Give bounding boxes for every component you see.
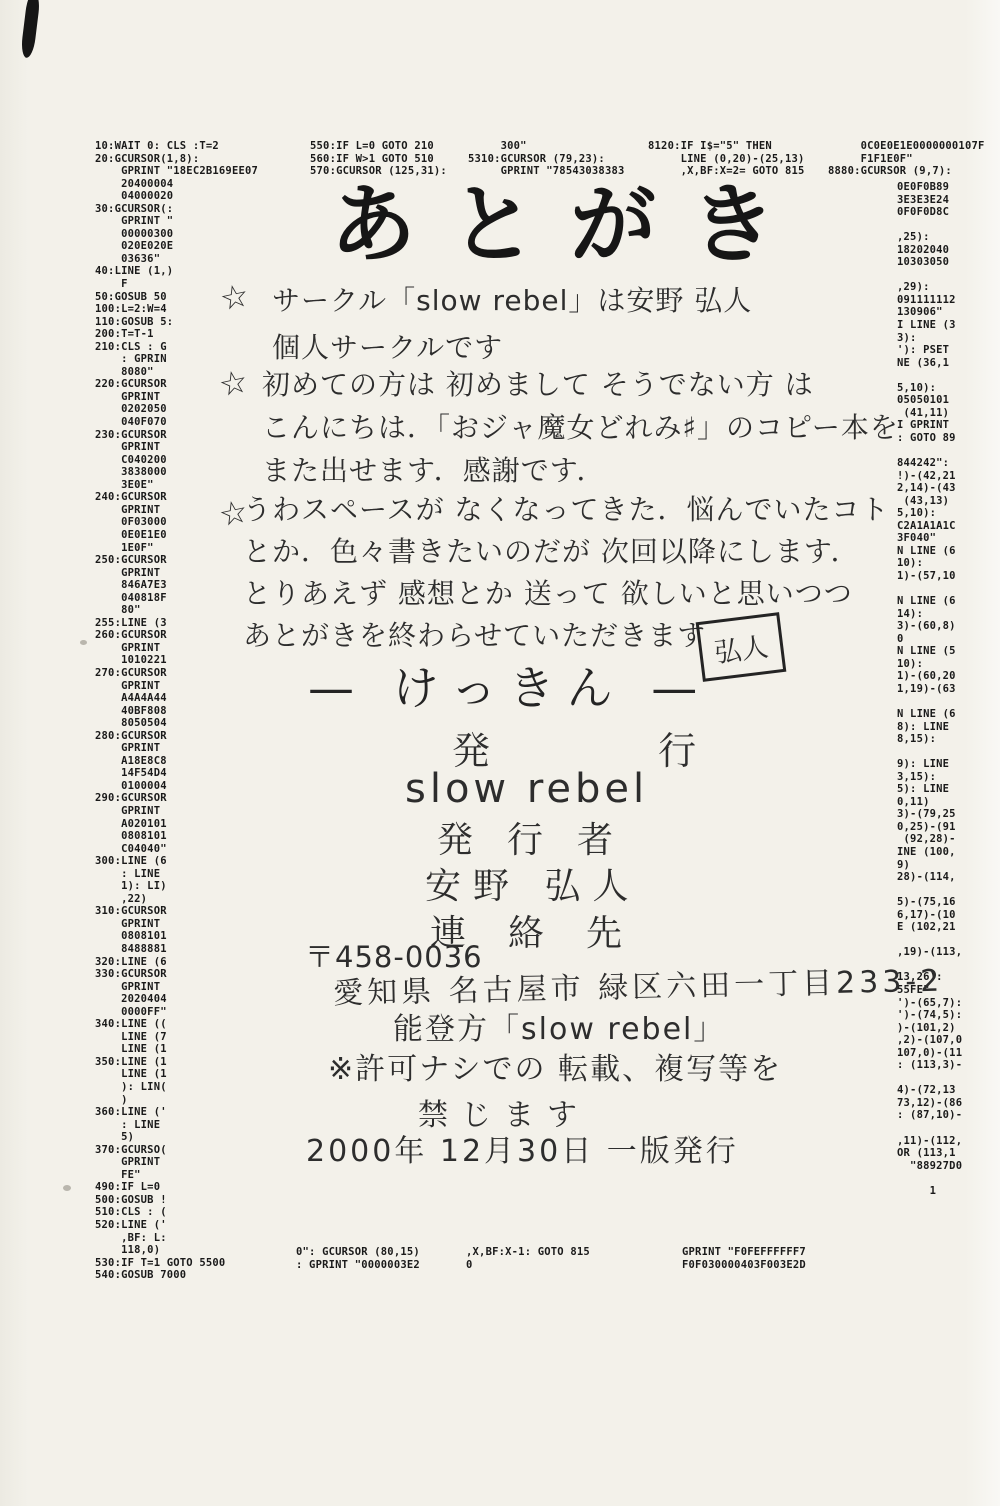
issuer-label: 発行者 xyxy=(437,812,647,863)
code-column3-bottom: ,X,BF:X-1: GOTO 815 0 xyxy=(466,1246,590,1271)
code-column-right-top: 0C0E0E1E0000000107F F1F1E0F" 8880:GCURSO… xyxy=(828,140,985,178)
signature-stamp: 弘人 xyxy=(696,612,787,682)
paragraph-greeting: 初めての方は 初めまして そうでない方 は こんにちは．「おジャ魔女どれみ♯」の… xyxy=(262,363,899,492)
scan-speck xyxy=(63,1185,71,1191)
code-column-right-fragments: 0E0F0B89 3E3E3E24 0F0F0D8C ,25): 1820204… xyxy=(897,181,962,1197)
scanned-afterword-page: 10:WAIT 0: CLS :T=2 20:GCURSOR(1,8): GPR… xyxy=(0,0,1000,1506)
code-column4-bottom: GPRINT "F0FEFFFFFF7 F0F030000403F003E2D xyxy=(682,1246,806,1271)
page-title: あとがき xyxy=(330,178,810,273)
paragraph-closing: うわスペースが なくなってきた．悩んでいたコト とか．色々書きたいのだが 次回以… xyxy=(243,489,890,657)
address-line2: 能登方「slow rebel」 xyxy=(393,1004,725,1048)
code-column3-top: 300" 5310:GCURSOR (79,23): GPRINT "78543… xyxy=(468,140,625,178)
publication-date: 2000年 12月30日 一版発行 xyxy=(306,1126,739,1170)
paragraph-circle-intro: サークル「slow rebel」は安野 弘人 個人サークルです xyxy=(272,277,752,371)
scan-speck xyxy=(80,640,87,645)
section-title-kekkin: — けっきん — xyxy=(308,652,709,718)
code-column2-bottom: 0": GCURSOR (80,15) : GPRINT "0000003E2 xyxy=(296,1246,420,1271)
code-column2-top: 550:IF L=0 GOTO 210 560:IF W>1 GOTO 510 … xyxy=(310,140,447,178)
issuer-name: 安野 弘人 xyxy=(425,858,640,909)
code-column4-top: 8120:IF I$="5" THEN LINE (0,20)-(25,13) … xyxy=(648,140,805,178)
scan-artifact-streak xyxy=(20,0,41,59)
publisher-name: slow rebel xyxy=(405,766,648,812)
notice-line1: ※許可ナシでの 転載、複写等を xyxy=(328,1044,782,1088)
signature-name: 弘人 xyxy=(712,624,770,669)
